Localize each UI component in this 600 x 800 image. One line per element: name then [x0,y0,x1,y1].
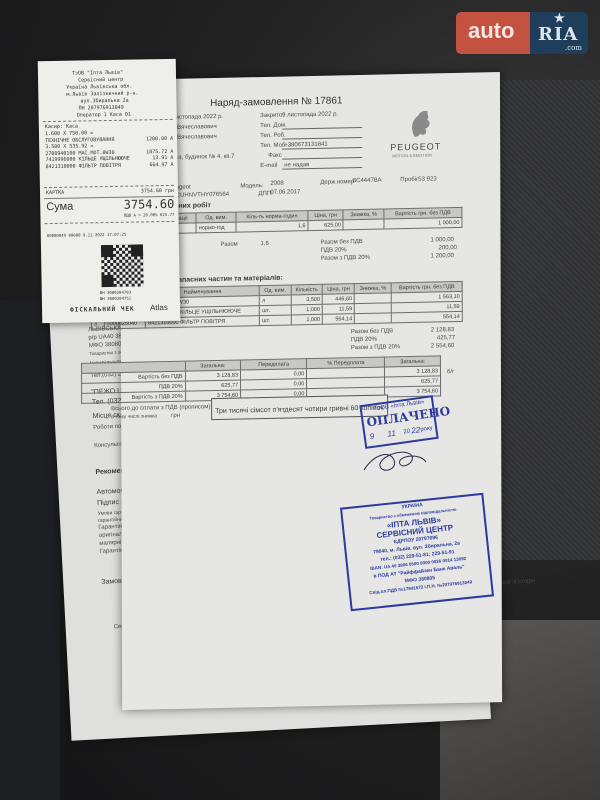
row-label: Вартість з ПДВ 20% [82,391,186,403]
receipt-item: 8421310000 ФІЛЬТР ПОВІТРЯ664.97 А [46,161,174,170]
unit: шт. [260,315,291,326]
paid-month: 11 [387,429,396,439]
totals-currency: б/г [447,369,454,375]
quantity: 1,000 [291,304,323,315]
model-value: 2008 [270,181,283,187]
order-title: Наряд-замовлення № 17861 [210,95,342,109]
vin: 3CUHNVTHY076564 [172,192,229,199]
works-total-qty: 1,6 [261,241,269,247]
email-label: E-mail [260,163,277,169]
parts-sum-no-vat: 2 128,83 [431,327,454,333]
mileage-label: Пробіг [400,177,418,183]
peugeot-lion-icon [400,105,440,140]
receipt-items: 1.600 X 750.00 =ТЕХНІЧНЕ ОБСЛУГОВУВАННЯ1… [45,129,174,170]
receipt-payment-label: КАРТКА [46,190,64,196]
parts-heading: запасних частин та матеріалів: [175,275,283,284]
in-words-sub: в тому числі знижка [111,413,157,420]
value: 554,14 [392,311,463,322]
fiscal-receipt: ТзОВ "Іпта Львів" Сервісний центр Україн… [38,59,181,323]
works-sum-vat: 1 200,00 [431,253,454,259]
in-words-unit: грн [171,413,180,419]
receipt-company: ТзОВ "Іпта Львів" [72,70,123,77]
receipt-brand: Atlas [150,303,168,312]
price: 625,00 [308,220,343,231]
receipt-fn1: ФН 3000204793 [100,290,131,296]
works-heading: аних робіт [174,202,211,210]
plate-label: Держ.номер [320,179,354,186]
column-header: Кількість [291,284,323,295]
unit: нормо-год [196,222,236,233]
parts-vat: 425,77 [437,335,455,341]
opened-date: листопада 2022 р. [172,114,223,121]
customer-name-2: н Вячеславович [172,134,217,141]
unit: шт. [260,305,291,316]
parts-sum-vat: 2 554,60 [431,343,454,349]
works-vat: 200,00 [439,245,457,251]
closed-date: 9 листопада 2022 р. [282,111,338,118]
dpp-value: 07.06.2017 [270,189,300,196]
works-sum-no-vat-label: Разом без ПДВ [321,239,363,246]
receipt-cashier: Касир: Каса [45,124,78,131]
receipt-total-label: Сума [46,201,73,213]
star-icon: ★ [554,11,565,25]
receipt-subtitle: Сервісний центр [78,77,123,84]
mileage-value: 53 923 [418,176,436,182]
receipt-fn2: ФН 3000204751 [100,296,131,302]
works-sum-no-vat: 1 000,00 [431,237,454,243]
works-sum-vat-label: Разом з ПДВ 20% [321,255,370,262]
closed-label: Закрито: [260,113,284,120]
unit: л [260,295,291,306]
discount [355,313,392,324]
receipt-pn: ПН 207976913049 [79,105,124,112]
receipt-vat-line: ПДВ А = 20.00% 625.77 [124,212,175,218]
works-total-label: Разом [221,242,238,248]
parts-sum-vat-label: Разом з ПДВ 20% [351,344,400,351]
signature [360,440,430,480]
receipt-payment-value: 3754.60 грн [141,188,174,195]
receipt-total-value: 3754.60 [124,197,175,212]
receipt-item-name: 8421310000 ФІЛЬТР ПОВІТРЯ [46,162,121,169]
quantity: 1,6 [236,221,308,233]
peugeot-brand: PEUGEOT [390,141,441,152]
fax-label: Факс [268,153,282,159]
customer-address: яка, будинок № 4, кв.7 [172,154,234,161]
price: 11,59 [323,304,355,315]
value: 1 000,00 [384,217,462,229]
logo-auto-text: auto [456,12,530,54]
price: 446,60 [322,294,354,305]
in-words-value: Три тисячі сімсот п'ятдесят чотири гривн… [215,405,383,416]
receipt-region: Україна Львівська обл. [66,84,132,91]
column-header: Од. вим. [260,285,291,296]
receipt-item-sum: 664.97 А [149,161,173,168]
receipt-operator: Оператор 1 Каса 01 [77,112,131,119]
paid-suffix: року [420,425,433,433]
logo-ria-text: RIA [538,24,578,45]
model-label: Модель: [240,183,263,189]
parts-vat-label: ПДВ 20% [351,337,377,344]
receipt-street: вул.Збиральна 2а [80,98,128,105]
quantity: 1,000 [291,314,323,325]
receipt-city: м.Львів Залізничний р-н. [66,90,138,97]
receipt-doc-line: 00000049 00000 9.11.2022 17:07:25 [47,232,127,238]
logo-ria-block: ★ RIA .com [530,12,588,54]
column-header: Ціна, грн [322,284,354,295]
in-words-label: Всього до сплати з ПДВ (прописом) [111,404,210,412]
price: 554,14 [323,314,355,325]
discount [343,219,384,230]
qr-code-icon [101,244,144,287]
autoria-logo: auto ★ RIA .com [456,12,588,54]
receipt-footer: ФІСКАЛЬНИЙ ЧЕК [70,306,135,314]
works-vat-label: ПДВ 20% [321,247,347,254]
parts-sum-no-vat-label: Разом без ПДВ [351,328,393,335]
customer-name-1: н Вячеславович [172,124,217,131]
peugeot-tagline: MOTION & EMOTION [392,152,432,158]
plate-value: ВС4447ВА [352,178,381,185]
logo-domain-text: .com [565,44,582,52]
service-center-stamp: УКРАЇНА Товариство з обмеженою відповіда… [340,493,494,611]
quantity: 3,500 [291,294,323,305]
background-seat [0,300,60,800]
works-table: Назва операціїОд. вим.Кіль-ть норма-годи… [140,207,462,235]
paid-year-prefix: 20 [403,429,410,436]
